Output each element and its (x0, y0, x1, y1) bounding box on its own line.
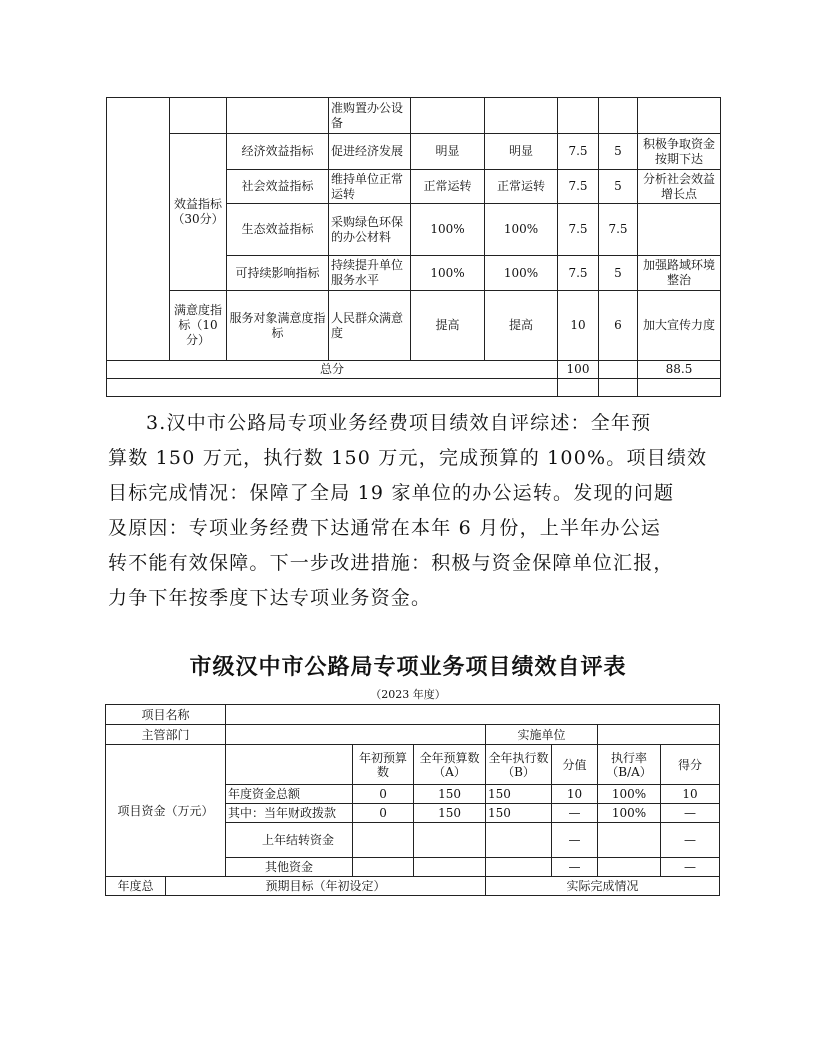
indicator-cell: 生态效益指标 (227, 204, 329, 256)
fund-score: — (661, 858, 720, 877)
indicator-detail: 维持单位正常运转 (329, 170, 411, 204)
dept-label: 主管部门 (106, 725, 226, 745)
total-final: 88.5 (638, 361, 721, 379)
benefit-group-label: 效益指标（30分） (170, 134, 227, 291)
remark: 加大宣传力度 (638, 291, 721, 361)
actual-value (485, 98, 558, 134)
score-value: 5 (599, 170, 638, 204)
column-header (226, 745, 353, 785)
fund-budget: 150 (414, 785, 486, 804)
table-row: 主管部门 实施单位 (106, 725, 720, 745)
remark (638, 204, 721, 256)
fund-name: 上年结转资金 (226, 823, 353, 858)
points-value: 7.5 (558, 204, 599, 256)
form-subtitle: （2023 年度） (0, 686, 816, 702)
column-header: 执行率（B/A） (598, 745, 661, 785)
fund-name: 其他资金 (226, 858, 353, 877)
indicator-cell: 社会效益指标 (227, 170, 329, 204)
remark: 积极争取资金按期下达 (638, 134, 721, 170)
category-cell (107, 98, 170, 361)
points-value (558, 98, 599, 134)
fund-points: 10 (552, 785, 598, 804)
summary-paragraph: 3.汉中市公路局专项业务经费项目绩效自评综述：全年预 算数 150 万元，执行数… (108, 406, 713, 616)
target-value (411, 98, 485, 134)
project-name-label: 项目名称 (106, 705, 226, 725)
table-row: 效益指标（30分） 经济效益指标 促进经济发展 明显 明显 7.5 5 积极争取… (107, 134, 721, 170)
indicator-detail: 持续提升单位服务水平 (329, 256, 411, 291)
indicator-cell: 可持续影响指标 (227, 256, 329, 291)
target-value: 正常运转 (411, 170, 485, 204)
fund-score: — (661, 804, 720, 823)
fund-initial (353, 858, 414, 877)
satisfaction-group-label: 满意度指标（10分） (170, 291, 227, 361)
expected-goal-label: 预期目标（年初设定） (166, 877, 486, 896)
column-header: 全年预算数（A） (414, 745, 486, 785)
points-value: 10 (558, 291, 599, 361)
annual-label: 年度总 (106, 877, 166, 896)
fund-name: 年度资金总额 (226, 785, 353, 804)
fund-score: — (661, 823, 720, 858)
impl-value (598, 725, 720, 745)
fund-rate: 100% (598, 804, 661, 823)
fund-points: — (552, 804, 598, 823)
column-header: 年初预算数 (353, 745, 414, 785)
fund-points: — (552, 823, 598, 858)
fund-executed (486, 823, 552, 858)
score-value: 7.5 (599, 204, 638, 256)
indicator-detail: 促进经济发展 (329, 134, 411, 170)
funds-label: 项目资金（万元） (106, 745, 226, 877)
indicator-cell (227, 98, 329, 134)
summary-line: 目标完成情况：保障了全局 19 家单位的办公运转。发现的问题 (108, 476, 713, 511)
group-cell (170, 98, 227, 134)
summary-line: 算数 150 万元，执行数 150 万元，完成预算的 100%。项目绩效 (108, 441, 713, 476)
actual-completion-label: 实际完成情况 (486, 877, 720, 896)
summary-line: 力争下年按季度下达专项业务资金。 (108, 581, 713, 616)
target-value: 100% (411, 204, 485, 256)
column-header: 分值 (552, 745, 598, 785)
indicator-cell: 服务对象满意度指标 (227, 291, 329, 361)
fund-name: 其中：当年财政拨款 (226, 804, 353, 823)
total-got (599, 361, 638, 379)
remark: 分析社会效益增长点 (638, 170, 721, 204)
remark: 加强路域环境整治 (638, 256, 721, 291)
fund-rate (598, 858, 661, 877)
fund-budget (414, 858, 486, 877)
target-value: 提高 (411, 291, 485, 361)
indicator-cell: 经济效益指标 (227, 134, 329, 170)
fund-points: — (552, 858, 598, 877)
points-value: 7.5 (558, 134, 599, 170)
indicator-detail: 采购绿色环保的办公材料 (329, 204, 411, 256)
target-value: 100% (411, 256, 485, 291)
goals-header-row: 年度总 预期目标（年初设定） 实际完成情况 (106, 877, 720, 896)
points-value: 7.5 (558, 256, 599, 291)
actual-value: 正常运转 (485, 170, 558, 204)
remark (638, 98, 721, 134)
fund-initial (353, 823, 414, 858)
total-points: 100 (558, 361, 599, 379)
fund-rate: 100% (598, 785, 661, 804)
table-row: 满意度指标（10分） 服务对象满意度指标 人民群众满意度 提高 提高 10 6 … (107, 291, 721, 361)
total-label: 总分 (107, 361, 558, 379)
fund-executed (486, 858, 552, 877)
actual-value: 100% (485, 204, 558, 256)
score-value: 6 (599, 291, 638, 361)
indicator-detail: 人民群众满意度 (329, 291, 411, 361)
actual-value: 提高 (485, 291, 558, 361)
target-value: 明显 (411, 134, 485, 170)
fund-initial: 0 (353, 804, 414, 823)
actual-value: 100% (485, 256, 558, 291)
fund-executed: 150 (486, 785, 552, 804)
project-name-value (226, 705, 720, 725)
score-value: 5 (599, 134, 638, 170)
summary-line: 及原因：专项业务经费下达通常在本年 6 月份，上半年办公运 (108, 511, 713, 546)
score-value (599, 98, 638, 134)
dept-value (226, 725, 486, 745)
fund-score: 10 (661, 785, 720, 804)
header-row: 项目资金（万元） 年初预算数 全年预算数（A） 全年执行数（B） 分值 执行率（… (106, 745, 720, 785)
table-row: 项目名称 (106, 705, 720, 725)
score-value: 5 (599, 256, 638, 291)
column-header: 得分 (661, 745, 720, 785)
fund-rate (598, 823, 661, 858)
blank-row (107, 379, 721, 397)
form-title: 市级汉中市公路局专项业务项目绩效自评表 (0, 650, 816, 681)
indicator-detail: 准购置办公设备 (329, 98, 411, 134)
summary-line: 3.汉中市公路局专项业务经费项目绩效自评综述：全年预 (108, 406, 713, 441)
total-row: 总分 100 88.5 (107, 361, 721, 379)
points-value: 7.5 (558, 170, 599, 204)
impl-label: 实施单位 (486, 725, 598, 745)
actual-value: 明显 (485, 134, 558, 170)
fund-budget: 150 (414, 804, 486, 823)
summary-line: 转不能有效保障。下一步改进措施：积极与资金保障单位汇报， (108, 546, 713, 581)
performance-indicator-table: 准购置办公设备 效益指标（30分） 经济效益指标 促进经济发展 明显 明显 7.… (106, 97, 721, 397)
table-row: 准购置办公设备 (107, 98, 721, 134)
self-evaluation-form-table: 项目名称 主管部门 实施单位 项目资金（万元） 年初预算数 全年预算数（A） 全… (105, 704, 720, 896)
fund-budget (414, 823, 486, 858)
fund-executed: 150 (486, 804, 552, 823)
column-header: 全年执行数（B） (486, 745, 552, 785)
fund-initial: 0 (353, 785, 414, 804)
